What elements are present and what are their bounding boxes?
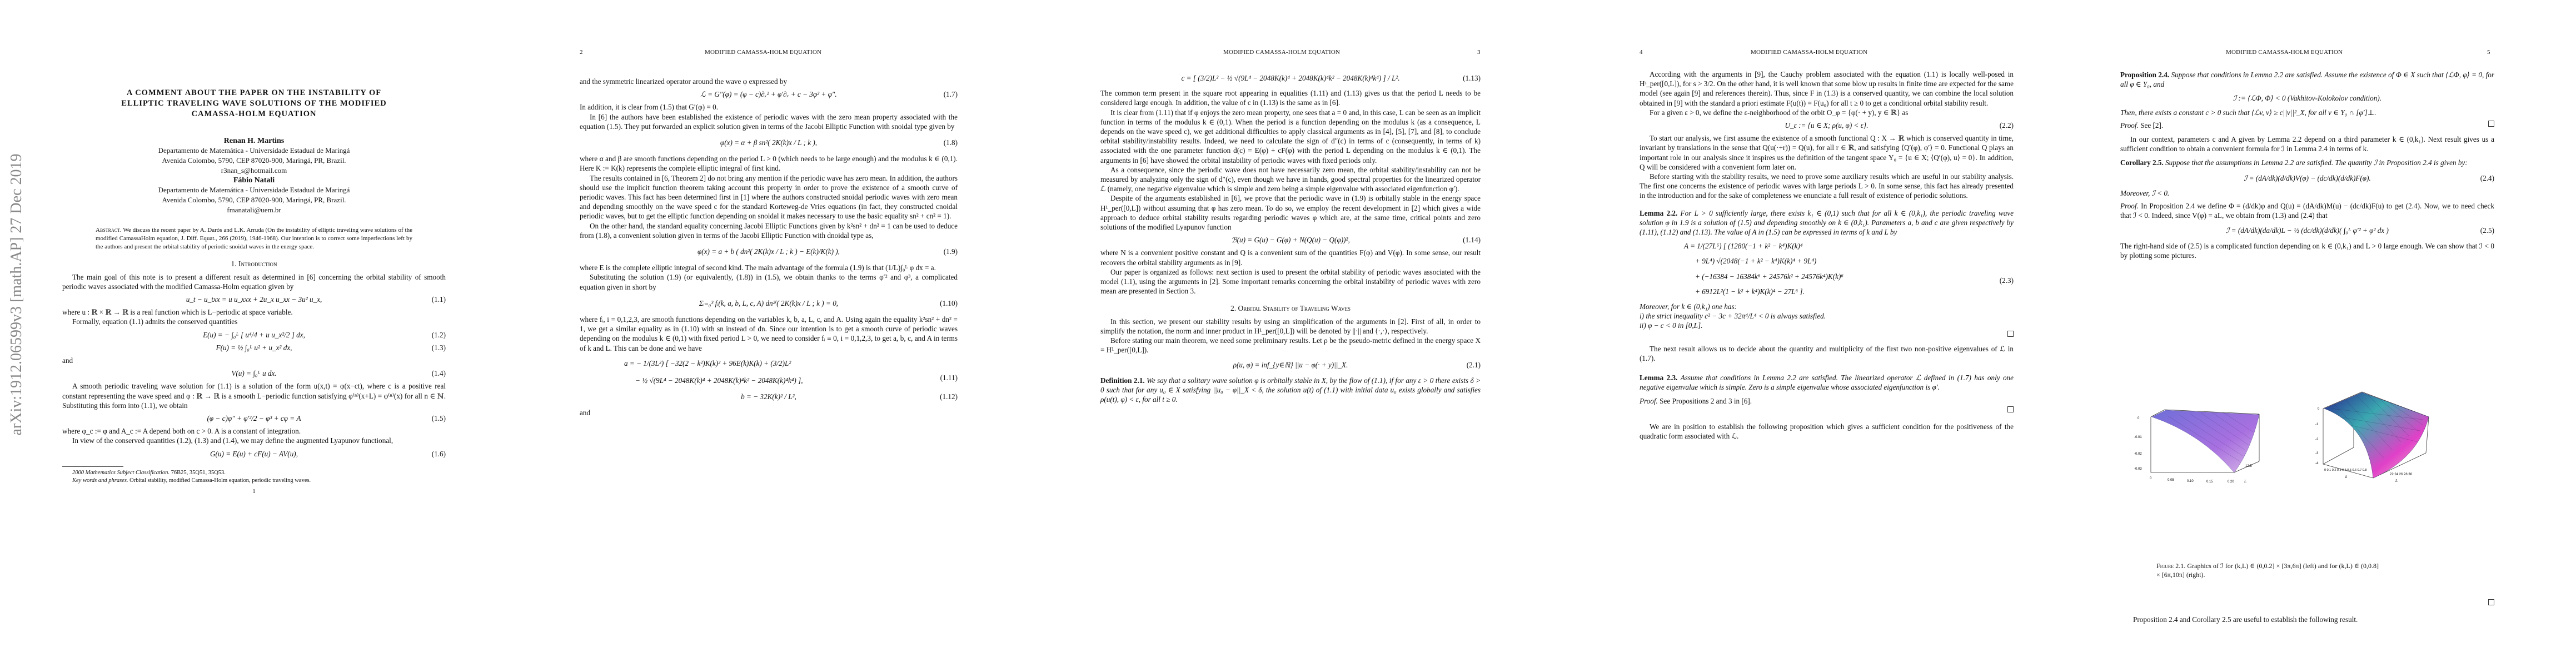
equation-line: − ½ √(9L⁴ − 2048K(k)⁴ + 2048K(k)⁴k² − 20… [635,376,803,385]
equation-1-2: E(u) = − ∫₀ᴸ [ u⁴/4 + u u_x²/2 ] dx,(1.2… [62,330,446,340]
paragraph: On the other hand, the standard equality… [580,221,958,240]
author-address-1: Avenida Colombo, 5790, CEP 87020-900, Ma… [62,156,446,166]
equation-number: (2.1) [1467,360,1481,370]
corollary-text: Suppose that the assumptions in Lemma 2.… [2165,158,2468,167]
paragraph: Our paper is organized as follows: next … [1100,267,1481,296]
equation-1-13: c = [ (3/2)L² − ½ √(9L⁴ − 2048K(k)⁴ + 20… [1100,73,1481,83]
paragraph: and [580,408,958,417]
title-line-3: CAMASSA-HOLM EQUATION [62,109,446,120]
page-2: 2 MODIFIED CAMASSA-HOLM EQUATION and the… [569,0,1084,667]
title-line-2: ELLIPTIC TRAVELING WAVE SOLUTIONS OF THE… [62,98,446,109]
equation-1-6: G(u) = E(u) + cF(u) − AV(u),(1.6) [62,449,446,459]
paragraph: Before starting with the stability resul… [1640,172,2014,201]
equation-1-10: Σᵢ₌₀³ fᵢ(k, a, b, L, c, A) dn²ⁱ( 2K(k)x … [580,298,958,308]
proposition-label: Proposition 2.4. [2120,71,2169,79]
equation-1-9: φ(x) = a + b ( dn²( 2K(k)x / L ; k ) − E… [580,247,958,256]
equation-number: (1.4) [432,369,446,378]
surface-plot-right: 0 -1 -2 -3 -4 0 0.1 0.2 0.3 0.4 0.5 0.6 … [2306,386,2445,484]
equation-1-11: a = − 1/(3L²) [ −32(2 − k²)K(k)² + 96E(k… [580,359,958,385]
page-number: 4 [1640,49,1643,56]
x-tick: 0.15 [2206,480,2213,484]
paragraph: Formally, equation (1.1) admits the cons… [62,317,446,326]
page-number: 5 [2487,49,2490,56]
x-tick: 0.10 [2187,480,2194,483]
equation-number: (2.4) [2480,173,2494,183]
proposition-text: Suppose that conditions in Lemma 2.2 are… [2120,71,2494,88]
paragraph: The results contained in [6, Theorem 2] … [580,173,958,221]
z-tick: 0 [2137,417,2140,420]
footnote-label: Key words and phrases. [72,477,128,484]
page-number: 1 [62,487,446,496]
equation-number: (1.8) [944,138,958,147]
definition-2-1: Definition 2.1. We say that a solitary w… [1100,376,1481,405]
paragraph: Proposition 2.4 and Corollary 2.5 are us… [2123,615,2497,624]
qed-icon [2488,599,2494,605]
paragraph: Moreover, for k ∈ (0,k₁) one has: [1640,302,2014,311]
paragraph: where φ_c := φ and A_c := A depend both … [62,426,446,436]
paragraph: The next result allows us to decide abou… [1640,344,2014,363]
footnote-label: 2000 Mathematics Subject Classification. [72,470,170,476]
equation-body: φ(x) = α + β sn²( 2K(k)x / L ; k ), [720,138,817,147]
footnote-msc: 2000 Mathematics Subject Classification.… [62,469,446,477]
z-tick: -0.02 [2134,452,2142,456]
equation-body: F(u) = ½ ∫₀ᴸ u² + u_x² dx, [216,343,292,352]
corollary-label: Corollary 2.5. [2120,158,2164,167]
equation-body: ℐ := ⟨ℒΦ, Φ⟩ < 0 (Vakhitov-Kolokolov con… [2233,93,2381,103]
running-head: MODIFIED CAMASSA-HOLM EQUATION [2226,49,2343,56]
author-address-2: Avenida Colombo, 5790, CEP 87020-900, Ma… [62,195,446,205]
corollary-2-5: Corollary 2.5. Suppose that the assumpti… [2120,158,2494,167]
abstract-text: We discuss the recent paper by A. Darós … [96,227,412,250]
x-axis-label: k [2345,475,2348,479]
author-affiliation-2: Departamento de Matemática - Universidad… [62,185,446,195]
equation-1-5: (φ − c)φ″ + φ′²/2 − φ³ + cφ = A(1.5) [62,414,446,423]
paragraph: To start our analysis, we first assume t… [1640,133,2014,172]
page-1: A COMMENT ABOUT THE PAPER ON THE INSTABI… [0,0,515,667]
paragraph: It is clear from (1.11) that if φ enjoys… [1100,108,1481,165]
definition-text: We say that a solitary wave solution φ i… [1100,376,1481,404]
z-tick: -0.01 [2134,436,2142,439]
equation-body: ℐ = (dA/dk)(d/dk)V(φ) − (dc/dk)(d/dk)F(φ… [2244,173,2371,183]
running-head: MODIFIED CAMASSA-HOLM EQUATION [705,49,821,56]
running-head: MODIFIED CAMASSA-HOLM EQUATION [1223,49,1340,56]
page-3: MODIFIED CAMASSA-HOLM EQUATION 3 c = [ (… [1088,0,1603,667]
proof-label: Proof. [2120,121,2139,130]
lemma-2-2: Lemma 2.2. For L > 0 sufficiently large,… [1640,208,2014,237]
paragraph: Moreover, ℐ < 0. [2120,188,2494,198]
qed-icon [2488,121,2494,127]
page-number: 3 [1477,49,1481,56]
figure-caption: Figure 2.1. Graphics of ℐ for (k,L) ∈ (0… [2156,561,2379,579]
paragraph: In [6] the authors have been established… [580,112,958,131]
equation-body: V(u) = ∫₀ᴸ u dx. [231,369,276,378]
z-tick: -1 [2315,423,2319,426]
equation-number: (1.10) [940,298,958,308]
proof-text: See Propositions 2 and 3 in [6]. [1660,397,1752,405]
equation-2-4: ℐ = (dA/dk)(d/dk)V(φ) − (dc/dk)(d/dk)F(φ… [2120,173,2494,183]
y-axis-label: L [2395,479,2398,483]
equation-line: a = − 1/(3L²) [ −32(2 − k²)K(k)² + 96E(k… [624,359,791,368]
equation-body: ℐ = (dA/dk)(da/dk)L − ½ (dc/dk)(d/dk)( ∫… [2226,226,2389,235]
equation-number: (1.3) [432,343,446,352]
paragraph: and [62,356,446,365]
paragraph: Despite of the arguments established in … [1100,193,1481,232]
equation-body: φ(x) = a + b ( dn²( 2K(k)x / L ; k ) − E… [697,247,840,256]
qed-icon [2007,406,2014,412]
abstract-label: Abstract. [96,227,122,233]
equation-body: ℒ = G″(φ) = (φ − c)∂ₓ² + φ′∂ₓ + c − 3φ² … [700,89,836,99]
page-1-body: A COMMENT ABOUT THE PAPER ON THE INSTABI… [62,88,446,496]
author-name-1: Renan H. Martins [62,136,446,146]
paragraph: Substituting the solution (1.9) (or equi… [580,272,958,291]
paragraph: We are in position to establish the foll… [1640,422,2014,441]
equation-number: (2.2) [2000,121,2014,130]
title-line-1: A COMMENT ABOUT THE PAPER ON THE INSTABI… [62,88,446,98]
equation-2-1: ρ(u, φ) = inf_{y∈ℝ} ||u − φ(· + y)||_X.(… [1100,360,1481,370]
equation-1-14: ℬ(u) = G(u) − G(φ) + N(Q(u) − Q(φ))²,(1.… [1100,235,1481,245]
z-tick: -0.03 [2134,467,2142,471]
equation-body: b = − 32K(k)² / L², [741,392,796,401]
paragraph: Then, there exists a constant c > 0 such… [2120,108,2494,117]
footnote-text: 76B25, 35Q51, 35Q53. [171,470,226,476]
paragraph: and the symmetric linearized operator ar… [580,77,958,86]
x-tick: 0 0.1 0.2 0.3 0.4 0.5 0.6 0.7 0.8 [2324,469,2366,472]
page-number: 2 [580,49,583,56]
paragraph: where u : ℝ × ℝ → ℝ is a real function w… [62,307,446,317]
equation-1-12: b = − 32K(k)² / L²,(1.12) [580,392,958,401]
equation-line: + 6912L²(1 − k² + k⁴)K(k)⁴ − 27L⁶ ]. [1695,287,1805,296]
proof: Proof. See [2]. [2120,121,2494,130]
paragraph: In view of the conserved quantities (1.2… [62,436,446,445]
equation-body: u_t − u_txx = u u_xxx + 2u_x u_xx − 3u² … [186,295,322,304]
paragraph: A smooth periodic traveling wave solutio… [62,381,446,410]
footnote-text: Orbital stability, modified Camassa-Holm… [129,477,311,484]
equation-2-5: ℐ = (dA/dk)(da/dk)L − ½ (dc/dk)(d/dk)( ∫… [2120,226,2494,235]
equation-line: + (−16384 − 16384k⁶ + 24576k² + 24576k⁴)… [1695,272,1843,281]
paragraph: In addition, it is clear from (1.5) that… [580,102,958,112]
y-axis-label: L [2244,479,2246,484]
section-heading-orbital-stability: 2. Orbital Stability of Traveling Waves [1100,303,1481,313]
figure-caption-label: Figure 2.1. [2156,562,2185,570]
paragraph: According with the arguments in [9], the… [1640,69,2014,108]
lemma-text: For L > 0 sufficiently large, there exis… [1640,209,2014,236]
equation-number: (1.9) [944,247,958,256]
lemma-2-3: Lemma 2.3. Assume that conditions in Lem… [1640,373,2014,392]
equation-line: + 9L⁴) √(2048(−1 + k² − k⁴)K(k)⁴ + 9L⁴) [1695,256,1816,266]
paper-title: A COMMENT ABOUT THE PAPER ON THE INSTABI… [62,88,446,120]
proof-text: See [2]. [2140,121,2163,130]
author-email-2[interactable]: fmanatali@uem.br [62,205,446,215]
equation-1-4: V(u) = ∫₀ᴸ u dx.(1.4) [62,369,446,378]
paragraph: The main goal of this note is to present… [62,272,446,291]
proof-label: Proof. [2120,202,2139,210]
equation-body: Σᵢ₌₀³ fᵢ(k, a, b, L, c, A) dn²ⁱ( 2K(k)x … [699,298,838,308]
equation-number: (1.2) [432,330,446,340]
equation-2-3: A = 1/(27L⁶) [ (1280(−1 + k² − k⁴)K(k)⁴ … [1640,241,2014,296]
list-item: i) the strict inequality c² − 3c + 32π⁴/… [1640,311,2014,321]
equation-number: (1.11) [940,373,958,382]
equation-body: G(u) = E(u) + cF(u) − AV(u), [210,449,298,459]
surface-plot-left: 0 -0.01 -0.02 -0.03 0 0.05 0.10 0.15 0.2… [2134,389,2268,484]
z-tick: -3 [2315,452,2319,455]
qed-icon [2007,331,2014,337]
page-5-body: Proposition 2.4. Suppose that conditions… [2120,70,2494,260]
equation-number: (1.1) [432,295,446,304]
equation-number: (2.5) [2480,226,2494,235]
x-tick: 0 [2150,477,2152,480]
abstract: Abstract. We discuss the recent paper by… [96,226,412,251]
equation-line: A = 1/(27L⁶) [ (1280(−1 + k² − k⁴)K(k)⁴ [1684,241,1802,251]
author-name-2: Fábio Natali [62,176,446,185]
lemma-text: Assume that conditions in Lemma 2.2 are … [1640,374,2014,391]
paragraph: In this section, we present our stabilit… [1100,317,1481,336]
paragraph: The right-hand side of (2.5) is a compli… [2120,241,2494,260]
z-tick: -4 [2315,462,2319,465]
equation-number: (1.7) [944,89,958,99]
page-5: MODIFIED CAMASSA-HOLM EQUATION 5 Proposi… [2101,0,2576,667]
equation-1-7: ℒ = G″(φ) = (φ − c)∂ₓ² + φ′∂ₓ + c − 3φ² … [580,89,958,99]
page-4: 4 MODIFIED CAMASSA-HOLM EQUATION Accordi… [1606,0,2121,667]
y-tick: 12.5 [2245,465,2252,468]
lemma-label: Lemma 2.2. [1640,209,1677,217]
y-tick: 22 24 26 28 30 [2390,473,2413,476]
proof-label: Proof. [1640,397,1658,405]
proposition-2-4: Proposition 2.4. Suppose that conditions… [2120,70,2494,89]
paragraph: As a consequence, since the periodic wav… [1100,165,1481,194]
equation-1-1: u_t − u_txx = u u_xxx + 2u_x u_xx − 3u² … [62,295,446,304]
paragraph: Before stating our main theorem, we need… [1100,336,1481,355]
page-5-footer-text: Proposition 2.4 and Corollary 2.5 are us… [2123,615,2497,624]
equation-body: ℬ(u) = G(u) − G(φ) + N(Q(u) − Q(φ))², [1231,235,1350,245]
equation-number: (1.6) [432,449,446,459]
proof: Proof. In Proposition 2.4 we define Φ = … [2120,201,2494,220]
proof-text: In Proposition 2.4 we define Φ = (d/dk)φ… [2120,202,2494,220]
z-tick: 0 [2318,407,2320,411]
vakhitov-kolokolov-condition: ℐ := ⟨ℒΦ, Φ⟩ < 0 (Vakhitov-Kolokolov con… [2120,93,2494,103]
equation-body: ρ(u, φ) = inf_{y∈ℝ} ||u − φ(· + y)||_X. [1233,360,1348,370]
equation-1-8: φ(x) = α + β sn²( 2K(k)x / L ; k ),(1.8) [580,138,958,147]
equation-body: E(u) = − ∫₀ᴸ [ u⁴/4 + u u_x²/2 ] dx, [203,330,305,340]
equation-body: U_ε := {u ∈ X; ρ(u, φ) < ε}. [1785,121,1868,130]
equation-number: (1.14) [1463,235,1481,245]
footnote-rule [62,466,123,467]
x-tick: 0.20 [2228,480,2234,484]
page-3-body: c = [ (3/2)L² − ½ √(9L⁴ − 2048K(k)⁴ + 20… [1100,71,1481,404]
section-heading-introduction: 1. Introduction [62,259,446,268]
paragraph: The common term present in the square ro… [1100,88,1481,107]
paragraph: where α and β are smooth functions depen… [580,154,958,173]
x-tick: 0.05 [2168,479,2174,482]
paragraph: For a given ε > 0, we define the ε-neigh… [1640,108,2014,117]
paragraph: In our context, parameters c and A given… [2120,135,2494,153]
equation-number: (1.5) [432,414,446,423]
list-item: ii) φ − c < 0 in [0,L]. [1640,321,2014,330]
equation-2-2: U_ε := {u ∈ X; ρ(u, φ) < ε}.(2.2) [1640,121,2014,130]
page-4-body: According with the arguments in [9], the… [1640,69,2014,441]
z-tick: -2 [2315,438,2319,441]
paragraph: where fᵢ, i = 0,1,2,3, are smooth functi… [580,315,958,353]
equation-body: c = [ (3/2)L² − ½ √(9L⁴ − 2048K(k)⁴ + 20… [1181,73,1399,83]
paragraph: where E is the complete elliptic integra… [580,263,958,272]
author-email-1[interactable]: r3nan_s@hotmail.com [62,166,446,176]
figure-caption-text: Graphics of ℐ for (k,L) ∈ (0,0.2] × [3π,… [2156,562,2379,579]
running-head: MODIFIED CAMASSA-HOLM EQUATION [1751,49,1867,56]
author-affiliation-1: Departamento de Matemática - Universidad… [62,146,446,156]
page-2-body: and the symmetric linearized operator ar… [580,77,958,418]
equation-number: (2.3) [2000,276,2014,285]
equation-number: (1.12) [940,392,958,401]
equation-1-3: F(u) = ½ ∫₀ᴸ u² + u_x² dx,(1.3) [62,343,446,352]
footnote-keywords: Key words and phrases. Orbital stability… [62,477,446,485]
equation-body: (φ − c)φ″ + φ′²/2 − φ³ + cφ = A [207,414,301,423]
lemma-label: Lemma 2.3. [1640,374,1677,382]
paragraph: where N is a convenient positive constan… [1100,248,1481,267]
definition-label: Definition 2.1. [1100,376,1145,385]
equation-number: (1.13) [1463,73,1481,83]
proof: Proof. See Propositions 2 and 3 in [6]. [1640,396,2014,406]
